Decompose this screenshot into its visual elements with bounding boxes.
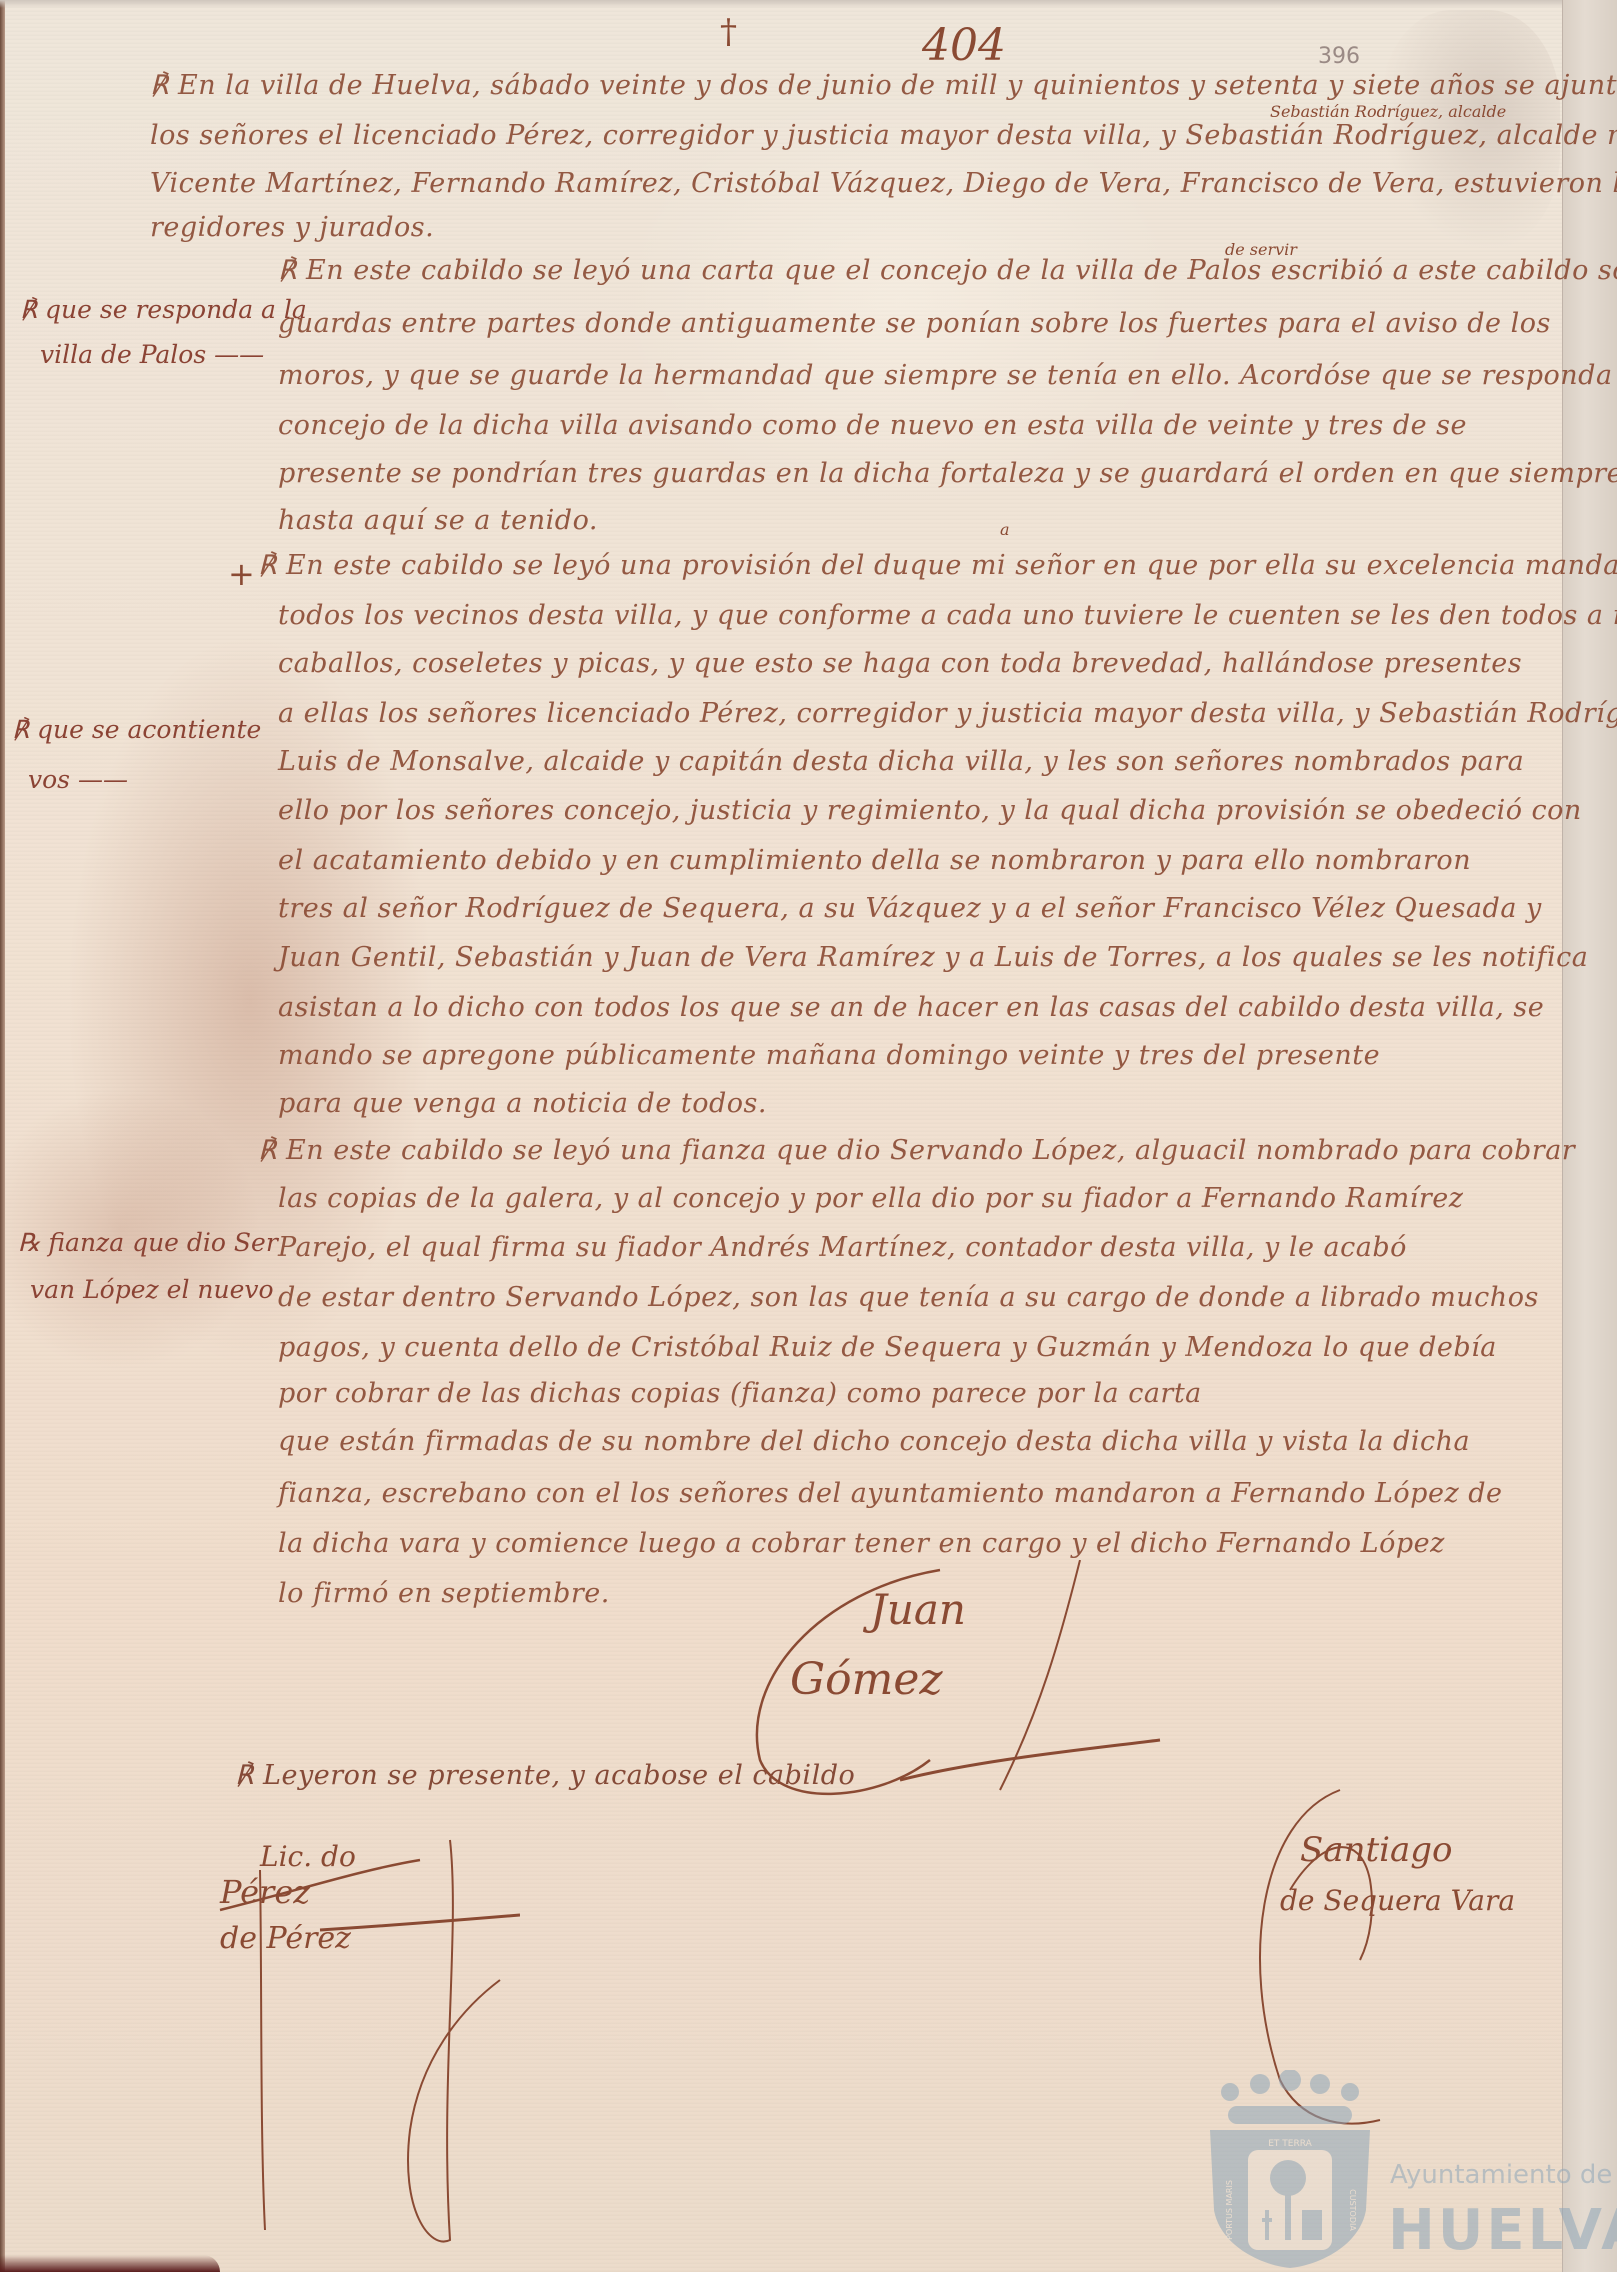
manuscript-line: Parejo, el qual firma su fiador Andrés M…	[278, 1232, 1407, 1263]
ayuntamiento-huelva-watermark: ET TERRA PORTUS MARIS CUSTODIA Ayuntamie…	[1200, 2070, 1580, 2270]
folio-number: 404	[922, 20, 1006, 71]
manuscript-line: Luis de Monsalve, alcaide y capitán dest…	[278, 746, 1524, 777]
manuscript-line: concejo de la dicha villa avisando como …	[278, 410, 1467, 441]
interlinear-note: de servir	[1225, 240, 1297, 259]
coat-of-arms-icon: ET TERRA PORTUS MARIS CUSTODIA	[1200, 2070, 1380, 2270]
svg-text:PORTUS MARIS: PORTUS MARIS	[1225, 2180, 1234, 2240]
manuscript-line: Vicente Martínez, Fernando Ramírez, Cris…	[150, 168, 1617, 199]
manuscript-line: lo firmó en septiembre.	[278, 1578, 610, 1609]
signature-flourish-perez	[200, 1830, 520, 2270]
manuscript-line: presente se pondrían tres guardas en la …	[278, 458, 1617, 489]
page-top-edge	[0, 0, 1617, 8]
manuscript-line: hasta aquí se a tenido.	[278, 505, 598, 536]
watermark-line1: Ayuntamiento de	[1390, 2160, 1612, 2190]
manuscript-line: pagos, y cuenta dello de Cristóbal Ruiz …	[278, 1332, 1497, 1363]
manuscript-line: tres al señor Rodríguez de Sequera, a su…	[278, 893, 1542, 924]
manuscript-line: ℟ En este cabildo se leyó una fianza que…	[258, 1135, 1575, 1166]
margin-note: ℟ que se acontiente	[12, 715, 261, 744]
manuscript-line: la dicha vara y comience luego a cobrar …	[278, 1528, 1445, 1559]
manuscript-line: ℟ En este cabildo se leyó una provisión …	[258, 550, 1617, 581]
margin-note: vos ——	[28, 765, 128, 794]
manuscript-line: asistan a lo dicho con todos los que se …	[278, 992, 1544, 1023]
manuscript-line: caballos, coseletes y picas, y que esto …	[278, 648, 1522, 679]
signature-flourish-gomez	[700, 1560, 1180, 1820]
manuscript-line: ello por los señores concejo, justicia y…	[278, 795, 1582, 826]
margin-note: ℞ fianza que dio Ser	[18, 1228, 278, 1257]
manuscript-line: de estar dentro Servando López, son las …	[278, 1282, 1539, 1313]
margin-note: villa de Palos ——	[40, 340, 264, 369]
manuscript-line: a ellas los señores licenciado Pérez, co…	[278, 698, 1617, 729]
manuscript-line: regidores y jurados.	[150, 212, 434, 243]
manuscript-page: † 404 396 + ℟ En la villa de Huelva, sáb…	[0, 0, 1617, 2272]
manuscript-line: que están firmadas de su nombre del dich…	[278, 1426, 1470, 1457]
manuscript-line: Juan Gentil, Sebastián y Juan de Vera Ra…	[278, 942, 1588, 973]
margin-cross-mark: +	[228, 555, 255, 593]
manuscript-line: guardas entre partes donde antiguamente …	[278, 308, 1551, 339]
margin-note: van López el nuevo	[30, 1275, 274, 1304]
manuscript-line: el acatamiento debido y en cumplimiento …	[278, 845, 1471, 876]
watermark-line2: HUELVA	[1388, 2198, 1617, 2263]
top-cross-mark: †	[720, 12, 737, 52]
manuscript-line: ℟ En este cabildo se leyó una carta que …	[278, 255, 1617, 286]
bottom-corner-shadow	[0, 2255, 220, 2272]
margin-note: ℟ que se responda a la	[20, 295, 307, 324]
svg-text:ET TERRA: ET TERRA	[1268, 2139, 1312, 2149]
pencil-foliation: 396	[1318, 44, 1360, 69]
manuscript-line: las copias de la galera, y al concejo y …	[278, 1183, 1463, 1214]
manuscript-line: por cobrar de las dichas copias (fianza)…	[278, 1378, 1202, 1409]
manuscript-line: todos los vecinos desta villa, y que con…	[278, 600, 1617, 631]
manuscript-line: ℟ En la villa de Huelva, sábado veinte y…	[150, 70, 1617, 101]
manuscript-line: los señores el licenciado Pérez, corregi…	[150, 120, 1617, 151]
binding-edge	[0, 0, 5, 2272]
manuscript-line: fianza, escrebano con el los señores del…	[278, 1478, 1503, 1509]
svg-text:CUSTODIA: CUSTODIA	[1348, 2189, 1357, 2231]
interlinear-note: Sebastián Rodríguez, alcalde	[1270, 102, 1506, 121]
interlinear-note: a	[1000, 520, 1010, 539]
manuscript-line: moros, y que se guarde la hermandad que …	[278, 360, 1617, 391]
manuscript-line: para que venga a noticia de todos.	[278, 1088, 767, 1119]
manuscript-line: mando se apregone públicamente mañana do…	[278, 1040, 1380, 1071]
